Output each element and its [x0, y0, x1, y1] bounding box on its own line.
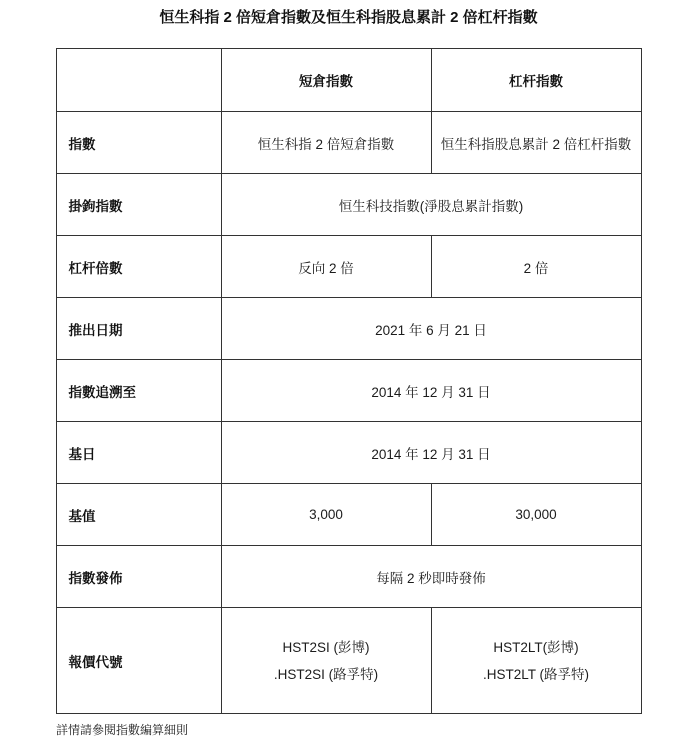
leveraged-refinitiv-code: .HST2LT (路孚特): [432, 661, 641, 688]
document-page: 恒生科指 2 倍短倉指數及恒生科指股息累計 2 倍杠杆指數 短倉指數 杠杆指數 …: [0, 0, 697, 738]
row-label-launch-date: 推出日期: [56, 298, 221, 360]
cell-launch-date: 2021 年 6 月 21 日: [221, 298, 641, 360]
header-short-index: 短倉指數: [221, 49, 431, 112]
header-leveraged-index: 杠杆指數: [431, 49, 641, 112]
cell-underlying-index: 恒生科技指數(淨股息累計指數): [221, 174, 641, 236]
table-row-base-value: 基值 3,000 30,000: [56, 484, 641, 546]
row-label-base-date: 基日: [56, 422, 221, 484]
header-empty-cell: [56, 49, 221, 112]
cell-short-quote-codes: HST2SI (彭博) .HST2SI (路孚特): [221, 608, 431, 714]
index-spec-table: 短倉指數 杠杆指數 指數 恒生科指 2 倍短倉指數 恒生科指股息累計 2 倍杠杆…: [56, 48, 642, 714]
short-bloomberg-code: HST2SI (彭博): [222, 634, 431, 661]
row-label-underlying-index: 掛鉤指數: [56, 174, 221, 236]
table-header-row: 短倉指數 杠杆指數: [56, 49, 641, 112]
footnote: 詳情請參閱指數編算細則: [56, 721, 641, 738]
row-label-index-name: 指數: [56, 112, 221, 174]
table-row-index-name: 指數 恒生科指 2 倍短倉指數 恒生科指股息累計 2 倍杠杆指數: [56, 112, 641, 174]
cell-short-leverage-factor: 反向 2 倍: [221, 236, 431, 298]
cell-leveraged-base-value: 30,000: [431, 484, 641, 546]
row-label-base-value: 基值: [56, 484, 221, 546]
cell-base-date: 2014 年 12 月 31 日: [221, 422, 641, 484]
cell-leveraged-quote-codes: HST2LT(彭博) .HST2LT (路孚特): [431, 608, 641, 714]
page-title: 恒生科指 2 倍短倉指數及恒生科指股息累計 2 倍杠杆指數: [0, 8, 697, 27]
table-row-backdated-to: 指數追溯至 2014 年 12 月 31 日: [56, 360, 641, 422]
cell-short-base-value: 3,000: [221, 484, 431, 546]
table-row-launch-date: 推出日期 2021 年 6 月 21 日: [56, 298, 641, 360]
short-refinitiv-code: .HST2SI (路孚特): [222, 661, 431, 688]
cell-backdated-to: 2014 年 12 月 31 日: [221, 360, 641, 422]
cell-leveraged-leverage-factor: 2 倍: [431, 236, 641, 298]
cell-leveraged-index-name: 恒生科指股息累計 2 倍杠杆指數: [431, 112, 641, 174]
cell-short-index-name: 恒生科指 2 倍短倉指數: [221, 112, 431, 174]
row-label-dissemination: 指數發佈: [56, 546, 221, 608]
table-row-base-date: 基日 2014 年 12 月 31 日: [56, 422, 641, 484]
table-row-underlying-index: 掛鉤指數 恒生科技指數(淨股息累計指數): [56, 174, 641, 236]
table-row-quote-codes: 報價代號 HST2SI (彭博) .HST2SI (路孚特) HST2LT(彭博…: [56, 608, 641, 714]
table-row-dissemination: 指數發佈 每隔 2 秒即時發佈: [56, 546, 641, 608]
row-label-backdated-to: 指數追溯至: [56, 360, 221, 422]
row-label-leverage-factor: 杠杆倍數: [56, 236, 221, 298]
row-label-quote-codes: 報價代號: [56, 608, 221, 714]
table-row-leverage-factor: 杠杆倍數 反向 2 倍 2 倍: [56, 236, 641, 298]
leveraged-bloomberg-code: HST2LT(彭博): [432, 634, 641, 661]
cell-dissemination: 每隔 2 秒即時發佈: [221, 546, 641, 608]
